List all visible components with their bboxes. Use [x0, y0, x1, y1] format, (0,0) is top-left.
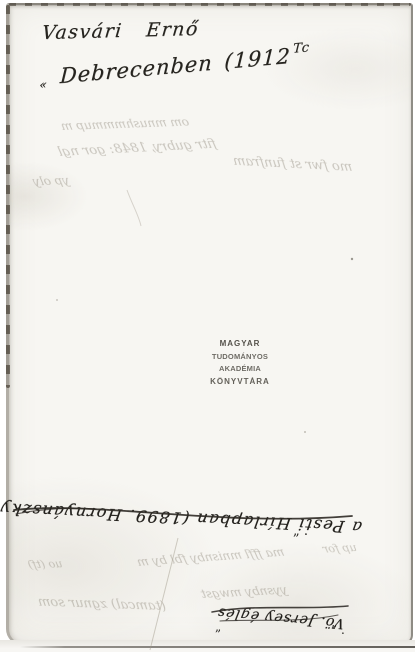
torn-left-edge — [6, 5, 10, 388]
ghost-writing: up for — [322, 541, 359, 556]
stamp-line-2: TUDOMÁNYOS AKADÉMIA — [195, 351, 285, 376]
ghost-writing: mo fwr st funfram — [232, 154, 353, 175]
ghost-writing: fitr gubry, 1848: gor ngl — [56, 137, 218, 160]
ghost-writing: ma fffl mnisnby fbl by m — [135, 545, 285, 569]
place-handwriting: «Debrecenben (1912Tc — [39, 40, 310, 92]
struck-note-1899: a Pesti Hírlapban (1899. Hornyánszky — [11, 487, 366, 537]
owner-handwriting: Vasvári Ernő — [41, 18, 200, 44]
ghost-writing: yp oly — [32, 173, 71, 188]
ghost-writing: om mnushmmmup m — [60, 115, 191, 133]
ghost-writing: uo (tf) — [27, 557, 64, 571]
place-text: Debrecenben (1912 — [59, 44, 291, 88]
scanned-page: Vasvári Ernő «Debrecenben (1912Tc om mnu… — [0, 0, 415, 652]
torn-top-edge — [9, 3, 411, 6]
quotation-mark-left: „ — [215, 620, 221, 634]
stamp-line-3: KÖNYVTÁRA — [195, 376, 285, 389]
stamp-line-1: MAGYAR — [195, 338, 285, 351]
quotation-mark-right: ” . — [331, 623, 345, 637]
library-stamp: MAGYAR TUDOMÁNYOS AKADÉMIA KÖNYVTÁRA — [195, 338, 285, 388]
ghost-writing: (tamcal) zgnur som — [37, 595, 167, 615]
paper-sheet: Vasvári Ernő «Debrecenben (1912Tc om mnu… — [6, 3, 413, 645]
quotation-marks: „ . — [293, 524, 308, 539]
scan-edge-shadow-line — [20, 646, 415, 648]
place-superscript: Tc — [293, 40, 311, 57]
place-prefix-mark: « — [39, 77, 48, 92]
